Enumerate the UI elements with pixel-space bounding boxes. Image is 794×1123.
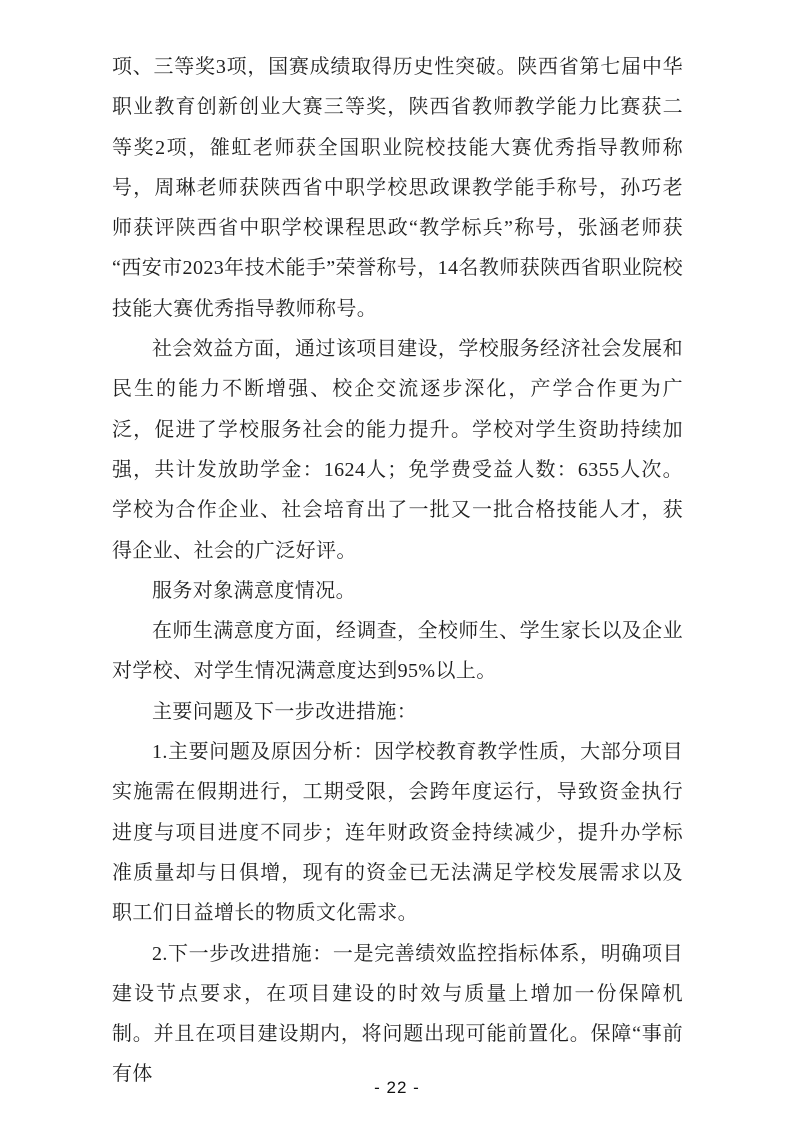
paragraph-satisfaction-heading: 服务对象满意度情况。 <box>112 571 683 611</box>
paragraph-satisfaction-detail: 在师生满意度方面，经调查，全校师生、学生家长以及企业对学校、对学生情况满意度达到… <box>112 611 683 692</box>
paragraph-improvement-measures: 2.下一步改进措施：一是完善绩效监控指标体系，明确项目建设节点要求，在项目建设的… <box>112 934 683 1095</box>
paragraph-awards-continuation: 项、三等奖3项，国赛成绩取得历史性突破。陕西省第七届中华职业教育创新创业大赛三等… <box>112 47 683 329</box>
paragraph-main-problems: 1.主要问题及原因分析：因学校教育教学性质，大部分项目实施需在假期进行，工期受限… <box>112 732 683 933</box>
document-page: 项、三等奖3项，国赛成绩取得历史性突破。陕西省第七届中华职业教育创新创业大赛三等… <box>0 0 794 1123</box>
page-number: - 22 - <box>0 1078 794 1098</box>
paragraph-issues-heading: 主要问题及下一步改进措施： <box>112 692 683 732</box>
paragraph-social-benefit: 社会效益方面，通过该项目建设，学校服务经济社会发展和民生的能力不断增强、校企交流… <box>112 329 683 571</box>
document-body: 项、三等奖3项，国赛成绩取得历史性突破。陕西省第七届中华职业教育创新创业大赛三等… <box>112 47 683 1095</box>
